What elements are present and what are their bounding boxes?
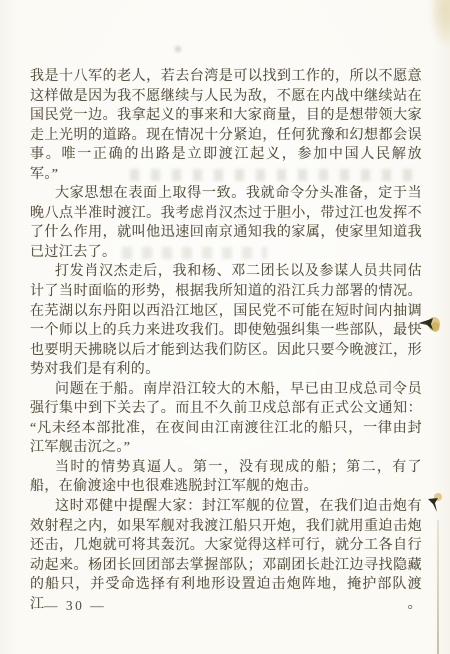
text-line: 还击，几炮就可将其轰沉。大家觉得这样可行，就分工各自行 — [30, 536, 422, 556]
text-line: 强行集中到下关去了。而且不久前卫戍总部有正式公文通知： — [30, 399, 422, 419]
text-line: 大家思想在表面上取得一致。我就命令分头准备，定于当 — [30, 184, 422, 204]
text-line: 计了当时面临的形势，根据我所知道的沿江兵力部署的情况。 — [30, 282, 422, 302]
text-line: 问题在于船。南岸沿江较大的木船，早已由卫戍总司令员 — [30, 380, 422, 400]
text-line: 效射程之内，如果军舰对我渡江船只开炮，我们就用重迫击炮 — [30, 517, 422, 537]
text-line: 这样做是因为我不愿继续与人民为敌，不愿在内战中继续站在 — [30, 87, 422, 107]
text-line: 事。唯一正确的出路是立即渡江起义，参加中国人民解放 — [30, 145, 422, 165]
text-line: 这时邓健中提醒大家：封江军舰的位置，在我们迫击炮有 — [30, 497, 422, 517]
text-line: “凡未经本部批准，在夜间由江南渡往江北的船只，一律由封 — [30, 419, 422, 439]
text-block: 我是十八军的老人，若去台湾是可以找到工作的，所以不愿意这样做是因为我不愿继续与人… — [30, 67, 422, 595]
text-line: 打发肖汉杰走后，我和杨、邓二团长以及参谋人员共同估 — [30, 262, 422, 282]
page-edge-line — [437, 520, 439, 654]
text-line: 了什么作用，就叫他迅速回南京通知我的家属，使家里知道我 — [30, 223, 422, 243]
ink-blot — [425, 491, 445, 515]
text-line: 国民党一边。我拿起义的事来和大家商量，目的是想带领大家 — [30, 106, 422, 126]
corner-stain — [430, 0, 450, 46]
text-line: 动起来。杨团长回团部去掌握部队；邓副团长赴江边寻找隐藏 — [30, 556, 422, 576]
text-line: 军。” — [30, 165, 422, 185]
speck — [175, 46, 181, 52]
text-line: 晚八点半准时渡江。我考虑肖汉杰过于胆小，带过江也发挥不 — [30, 204, 422, 224]
text-line: 已过江去了。 — [30, 243, 422, 263]
text-line: 势对我们是有利的。 — [30, 360, 422, 380]
text-line: 当时的情势真逼人。第一，没有现成的船；第二，有了 — [30, 458, 422, 478]
text-line: 的船只，并受命选择有利地形设置迫击炮阵地，掩护部队渡江。 — [30, 575, 422, 595]
page-number: — 30 — — [44, 598, 106, 614]
text-line: 走上光明的道路。现在情况十分紧迫，任何犹豫和幻想都会误 — [30, 126, 422, 146]
book-page: 我是十八军的老人，若去台湾是可以找到工作的，所以不愿意这样做是因为我不愿继续与人… — [0, 0, 450, 654]
text-line: 也要明天拂晓以后才能到达我们防区。因此只要今晚渡江，形 — [30, 341, 422, 361]
text-line: 一个师以上的兵力来进攻我们。即使勉强纠集一些部队，最快 — [30, 321, 422, 341]
text-line: 船，在偷渡途中也很难逃脱封江军舰的炮击。 — [30, 477, 422, 497]
text-line: 在芜湖以东丹阳以西沿江地区，国民党不可能在短时间内抽调 — [30, 302, 422, 322]
text-line: 江军舰击沉之。” — [30, 438, 422, 458]
text-line: 我是十八军的老人，若去台湾是可以找到工作的，所以不愿意 — [30, 67, 422, 87]
